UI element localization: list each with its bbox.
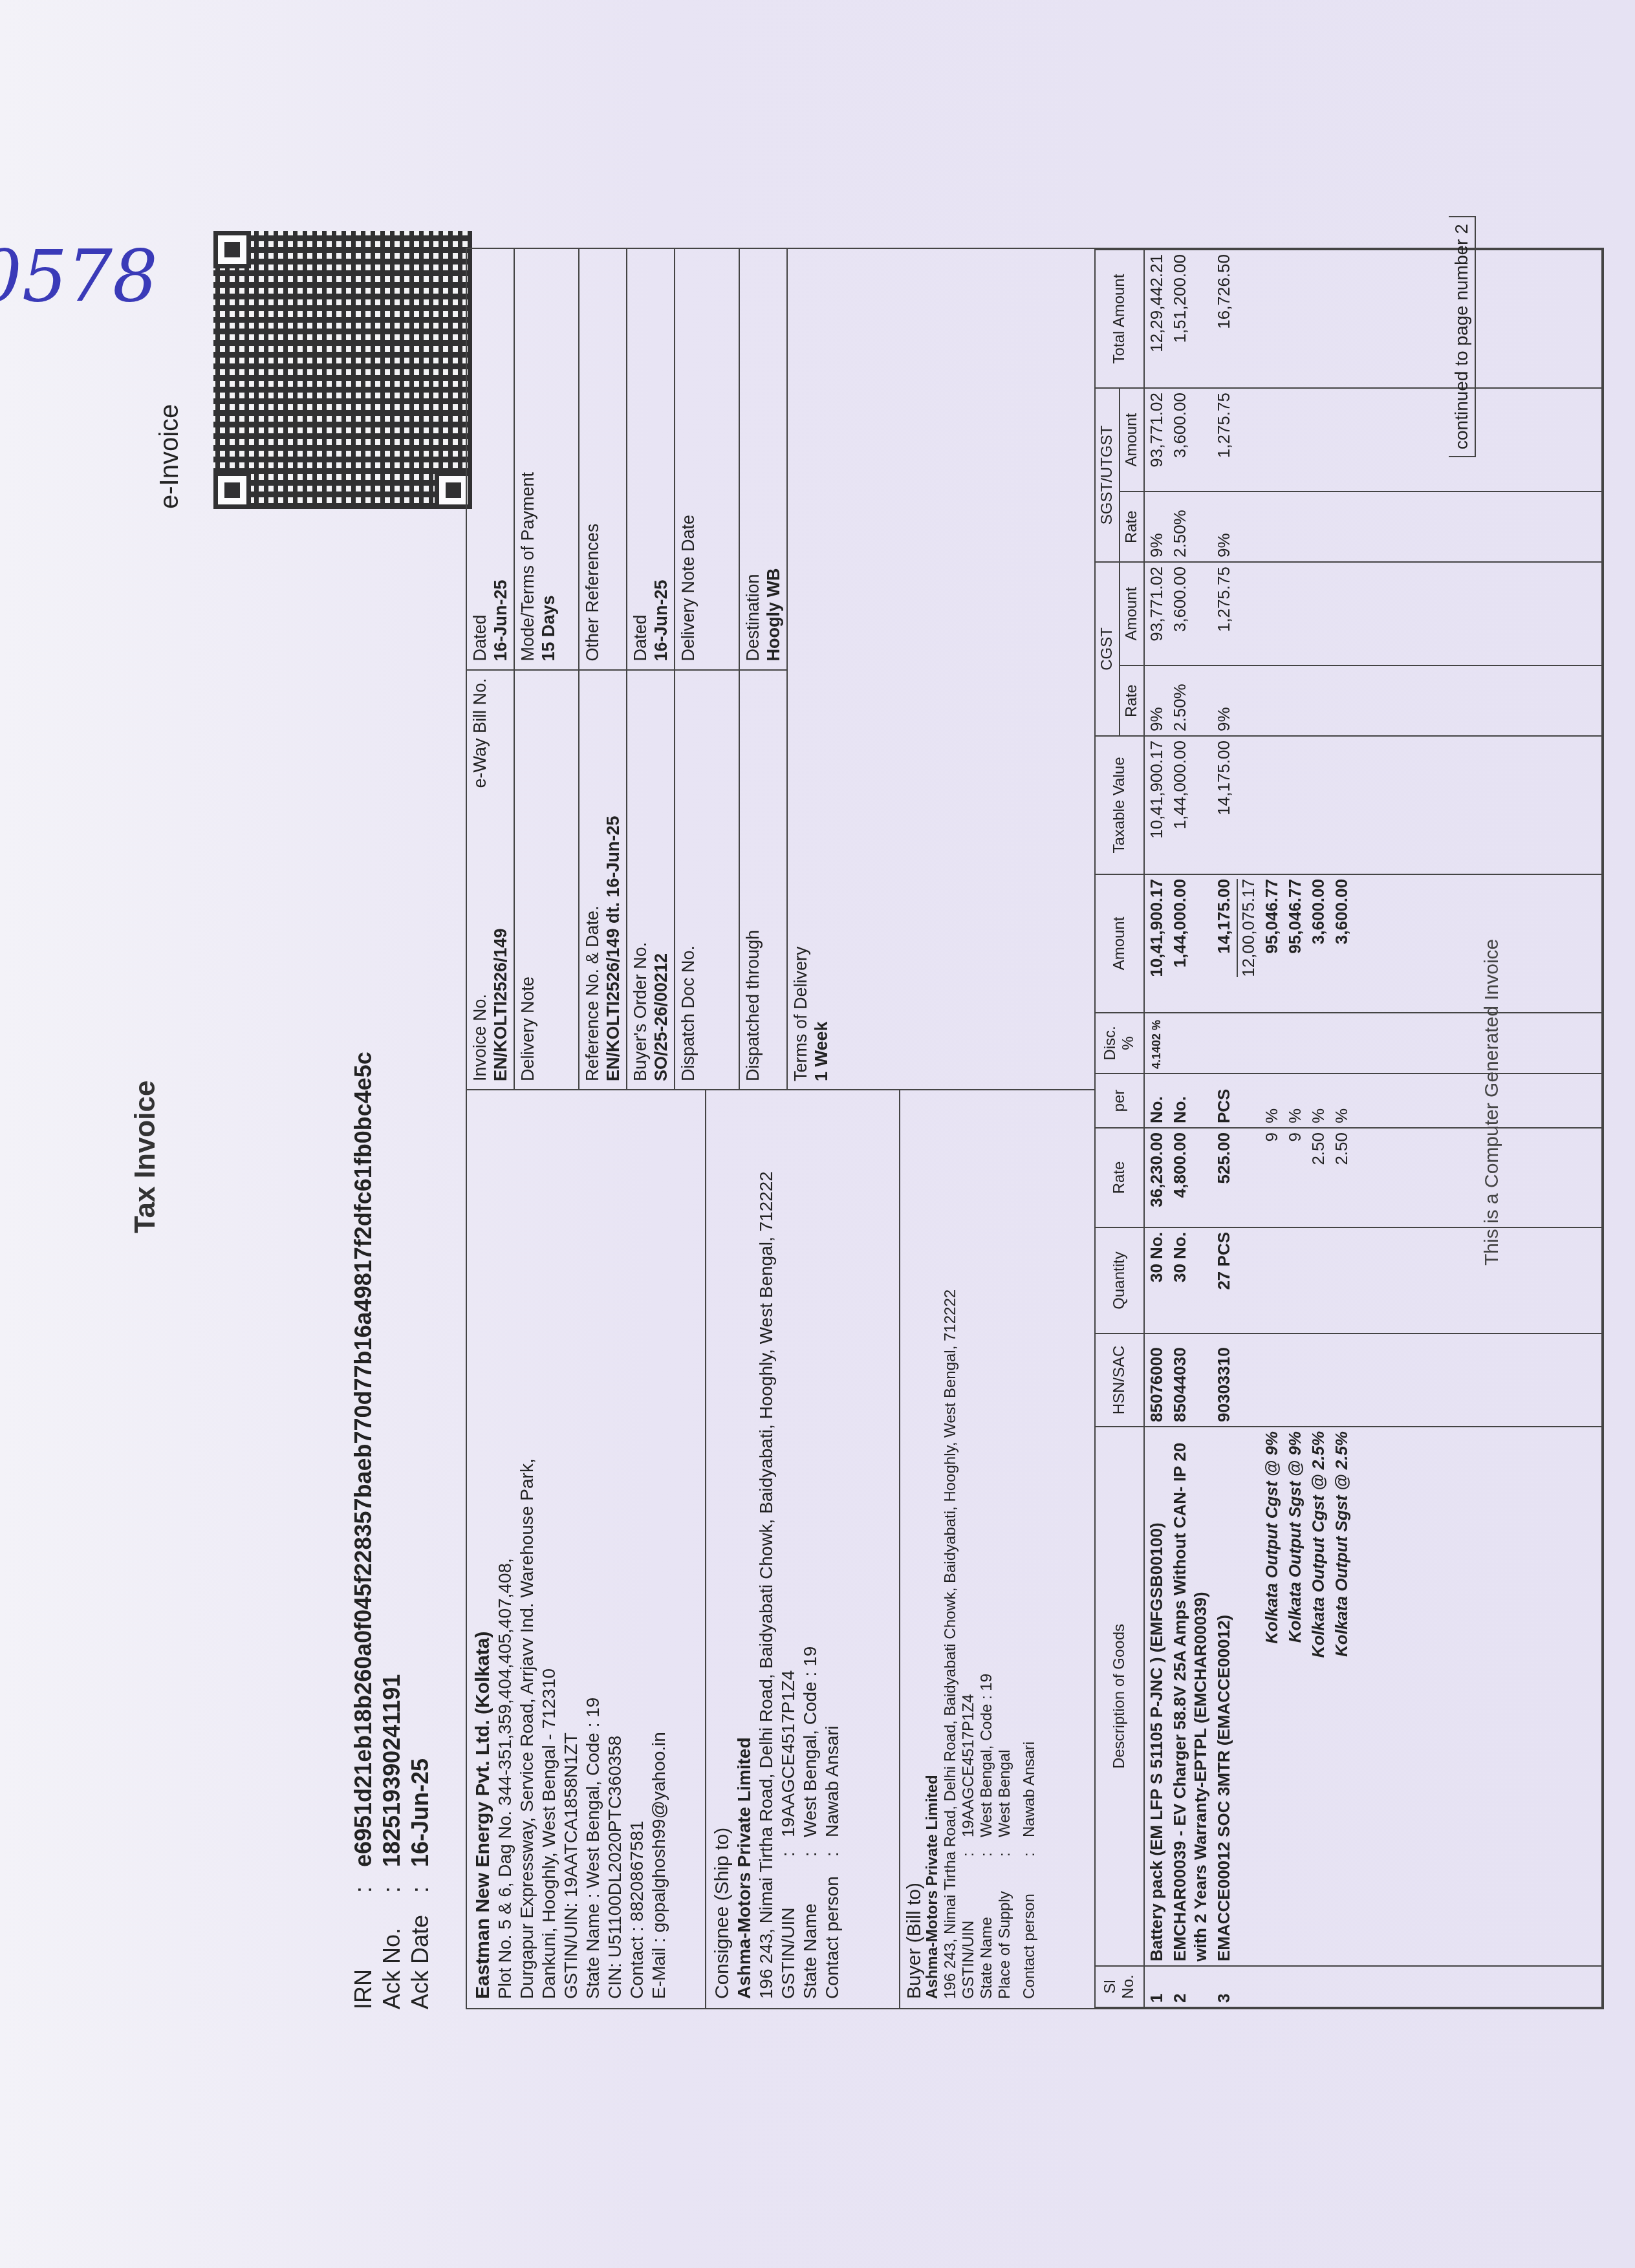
- seller-state: State Name : West Bengal, Code : 19: [582, 1099, 604, 1999]
- destination-value: Hoogly WB: [763, 257, 784, 662]
- ack-date-value: 16-Jun-25: [406, 1758, 435, 1867]
- dispatch-doc-cell: Dispatch Doc No.: [675, 669, 740, 1090]
- invoice-no-value: EN/KOLTI2526/149: [490, 678, 511, 1082]
- tax-line-rate: 2.50: [1306, 1128, 1330, 1227]
- cell-sgst-rate: 9%: [1212, 491, 1235, 562]
- dated-label: Dated: [470, 257, 490, 662]
- cell-hsn: 85044030: [1168, 1334, 1212, 1427]
- consignee-gstin: 19AAGCE4517P1Z4: [777, 1670, 799, 1837]
- cell-sl: 1: [1144, 1966, 1168, 2007]
- consignee-block: Consignee (Ship to) Ashma-Motors Private…: [706, 1090, 900, 2008]
- tax-line-row: Kolkata Output Sgst @ 9%9%95,046.77: [1283, 250, 1306, 2007]
- cell-sgst-rate: 2.50%: [1168, 491, 1212, 562]
- cell-hsn: 90303310: [1212, 1334, 1235, 1427]
- destination-label: Destination: [742, 257, 763, 662]
- tax-line-amount: 95,046.77: [1260, 874, 1283, 1013]
- cell-disc: [1212, 1013, 1235, 1074]
- buyer-contact-label: Contact person: [1021, 1857, 1039, 1999]
- col-quantity: Quantity: [1095, 1227, 1144, 1334]
- col-taxable: Taxable Value: [1095, 736, 1144, 874]
- cell-sl: 3: [1212, 1966, 1235, 2007]
- tax-line-rate: 9: [1283, 1128, 1306, 1227]
- tax-line-label: Kolkata Output Sgst @ 2.5%: [1330, 1427, 1353, 1966]
- terms-delivery-value: 1 Week: [811, 257, 832, 1081]
- cell-cgst-amt: 3,600.00: [1168, 562, 1212, 665]
- buyer-pos-label: Place of Supply: [996, 1857, 1014, 1999]
- payment-terms-value: 15 Days: [538, 257, 559, 662]
- filler-row: [1353, 250, 1602, 2007]
- seller-gstin: GSTIN/UIN: 19AATCA1858N1ZT: [560, 1099, 582, 1999]
- seller-line: Durgapur Expressway, Service Road, Arrja…: [516, 1099, 538, 1999]
- dispatched-through-label: Dispatched through: [742, 678, 763, 1082]
- cell-amount: 14,175.00: [1212, 874, 1235, 1013]
- order-dated-value: 16-Jun-25: [651, 257, 671, 662]
- tax-line-label: Kolkata Output Cgst @ 2.5%: [1306, 1427, 1330, 1966]
- col-description: Description of Goods: [1095, 1427, 1144, 1966]
- cell-desc: EMCHAR00039 - EV Charger 58.8V 25A Amps …: [1168, 1427, 1212, 1966]
- cell-per: PCS: [1212, 1074, 1235, 1128]
- subtotal-value: 12,00,075.17: [1237, 879, 1259, 977]
- seller-cin: CIN: U51100DL2020PTC360358: [604, 1099, 626, 1999]
- cell-disc: 4.1402 %: [1144, 1013, 1168, 1074]
- col-hsn: HSN/SAC: [1095, 1334, 1144, 1427]
- continued-note: continued to page number 2: [1449, 216, 1476, 457]
- col-sl: Sl No.: [1095, 1966, 1144, 2007]
- cell-cgst-amt: 93,771.02: [1144, 562, 1168, 665]
- tax-line-label: Kolkata Output Cgst @ 9%: [1260, 1427, 1283, 1966]
- col-per: per: [1095, 1074, 1144, 1128]
- table-row: 3EMACCE00012 SOC 3MTR (EMACCE00012)90303…: [1212, 250, 1235, 2007]
- consignee-contact-label: Contact person: [821, 1857, 843, 1999]
- col-sgst-amount: Amount: [1120, 388, 1144, 491]
- cell-cgst-rate: 9%: [1144, 665, 1168, 736]
- seller-name: Eastman New Energy Pvt. Ltd. (Kolkata): [472, 1099, 494, 1999]
- consignee-state-label: State Name: [799, 1857, 821, 1999]
- buyers-order-value: SO/25-26/00212: [651, 678, 671, 1082]
- col-sgst: SGST/UTGST: [1095, 388, 1120, 562]
- payment-terms-cell: Mode/Terms of Payment 15 Days: [515, 249, 579, 669]
- buyer-title: Buyer (Bill to): [905, 1099, 924, 1999]
- invoice-no-label: Invoice No.: [470, 994, 490, 1081]
- cell-cgst-rate: 2.50%: [1168, 665, 1212, 736]
- cell-qty: 30 No.: [1144, 1227, 1168, 1334]
- delivery-note-label: Delivery Note: [517, 678, 538, 1082]
- buyer-block: Buyer (Bill to) Ashma-Motors Private Lim…: [900, 1090, 1094, 2008]
- seller-line: Plot No. 5 & 6, Dag No. 344-351,359,404,…: [494, 1099, 516, 1999]
- buyers-order-cell: Buyer's Order No. SO/25-26/00212: [627, 669, 675, 1090]
- seller-block: Eastman New Energy Pvt. Ltd. (Kolkata) P…: [467, 1090, 706, 2008]
- table-row: 1Battery pack (EM LFP S 51105 P-JNC ) (E…: [1144, 250, 1168, 2007]
- col-rate: Rate: [1095, 1128, 1144, 1227]
- tax-line-rate: 2.50: [1330, 1128, 1353, 1227]
- tax-line-unit: %: [1283, 1074, 1306, 1128]
- table-row: 2EMCHAR00039 - EV Charger 58.8V 25A Amps…: [1168, 250, 1212, 2007]
- qr-code-icon: [213, 231, 472, 509]
- cell-amount: 1,44,000.00: [1168, 874, 1212, 1013]
- tax-line-row: Kolkata Output Cgst @ 9%9%95,046.77: [1260, 250, 1283, 2007]
- order-dated-cell: Dated 16-Jun-25: [627, 249, 675, 669]
- cell-hsn: 85076000: [1144, 1334, 1168, 1427]
- cell-desc: EMACCE00012 SOC 3MTR (EMACCE00012): [1212, 1427, 1235, 1966]
- dated-value: 16-Jun-25: [490, 257, 511, 662]
- tax-line-row: Kolkata Output Cgst @ 2.5%2.50%3,600.00: [1306, 250, 1330, 2007]
- buyer-name: Ashma-Motors Private Limited: [924, 1099, 942, 1999]
- consignee-contact: Nawab Ansari: [821, 1725, 843, 1837]
- cell-per: No.: [1168, 1074, 1212, 1128]
- cell-total: 1,51,200.00: [1168, 250, 1212, 388]
- terms-delivery-cell: Terms of Delivery 1 Week: [788, 249, 917, 1089]
- cell-disc: [1168, 1013, 1212, 1074]
- irn-block: IRN:e6951d21eb18b260a0f045f228357baeb770…: [349, 1052, 435, 2009]
- order-dated-label: Dated: [630, 257, 651, 662]
- reference-cell: Reference No. & Date. EN/KOLTI2526/149 d…: [579, 669, 627, 1090]
- buyer-contact: Nawab Ansari: [1021, 1742, 1039, 1837]
- handwritten-mark: 0578: [0, 235, 158, 318]
- buyers-order-label: Buyer's Order No.: [630, 678, 651, 1082]
- eway-bill-label: e-Way Bill No.: [470, 678, 490, 788]
- destination-cell: Destination Hoogly WB: [740, 249, 788, 669]
- col-sgst-rate: Rate: [1120, 491, 1144, 562]
- tax-line-amount: 3,600.00: [1306, 874, 1330, 1013]
- invoice-page: 0578 Tax Invoice e-Invoice IRN:e6951d21e…: [0, 0, 1635, 2268]
- tax-line-label: Kolkata Output Sgst @ 9%: [1283, 1427, 1306, 1966]
- col-cgst-rate: Rate: [1120, 665, 1144, 736]
- terms-delivery-label: Terms of Delivery: [790, 257, 811, 1081]
- tax-line-amount: 3,600.00: [1330, 874, 1353, 1013]
- goods-table: Sl No. Description of Goods HSN/SAC Quan…: [1094, 249, 1603, 2008]
- cell-sgst-amt: 1,275.75: [1212, 388, 1235, 491]
- dispatch-doc-label: Dispatch Doc No.: [678, 678, 698, 1082]
- cell-cgst-rate: 9%: [1212, 665, 1235, 736]
- tax-line-row: Kolkata Output Sgst @ 2.5%2.50%3,600.00: [1330, 250, 1353, 2007]
- delivery-note-date-cell: Delivery Note Date: [675, 249, 740, 669]
- cell-per: No.: [1144, 1074, 1168, 1128]
- e-invoice-label: e-Invoice: [155, 404, 184, 509]
- col-cgst: CGST: [1095, 562, 1120, 736]
- consignee-state: West Bengal, Code : 19: [799, 1647, 821, 1837]
- delivery-note-date-label: Delivery Note Date: [678, 257, 698, 662]
- other-refs-label: Other References: [582, 257, 603, 662]
- cell-total: 12,29,442.21: [1144, 250, 1168, 388]
- cell-sgst-amt: 93,771.02: [1144, 388, 1168, 491]
- footer-note: This is a Computer Generated Invoice: [1481, 939, 1503, 1266]
- reference-value: EN/KOLTI2526/149 dt. 16-Jun-25: [603, 678, 623, 1082]
- invoice-no-cell: Invoice No.e-Way Bill No. EN/KOLTI2526/1…: [467, 669, 515, 1090]
- consignee-name: Ashma-Motors Private Limited: [733, 1099, 755, 1999]
- subtotal-row: 12,00,075.17: [1235, 250, 1260, 2007]
- ack-no-value: 182519390241191: [378, 1674, 406, 1867]
- tax-line-unit: %: [1260, 1074, 1283, 1128]
- cell-amount: 10,41,900.17: [1144, 874, 1168, 1013]
- col-total: Total Amount: [1095, 250, 1144, 388]
- seller-email: E-Mail : gopalghosh99@yahoo.in: [648, 1099, 670, 1999]
- tax-line-amount: 95,046.77: [1283, 874, 1306, 1013]
- irn-label: IRN: [349, 1893, 378, 2009]
- delivery-note-cell: Delivery Note: [515, 669, 579, 1090]
- irn-value: e6951d21eb18b260a0f045f228357baeb770d77b…: [349, 1052, 378, 1867]
- cell-rate: 36,230.00: [1144, 1128, 1168, 1227]
- cell-sl: 2: [1168, 1966, 1212, 2007]
- seller-contact: Contact : 8820867581: [626, 1099, 648, 1999]
- cell-total: 16,726.50: [1212, 250, 1235, 388]
- buyer-gstin-label: GSTIN/UIN: [960, 1857, 978, 1999]
- invoice-table: Eastman New Energy Pvt. Ltd. (Kolkata) P…: [466, 248, 1604, 2009]
- buyer-address: 196 243, Nimai Tirtha Road, Delhi Road, …: [942, 1099, 960, 1999]
- tax-line-unit: %: [1330, 1074, 1353, 1128]
- consignee-gstin-label: GSTIN/UIN: [777, 1857, 799, 1999]
- buyer-gstin: 19AAGCE4517P1Z4: [960, 1694, 978, 1837]
- cell-rate: 4,800.00: [1168, 1128, 1212, 1227]
- other-refs-cell: Other References: [579, 249, 627, 669]
- cell-rate: 525.00: [1212, 1128, 1235, 1227]
- col-disc: Disc. %: [1095, 1013, 1144, 1074]
- buyer-pos: West Bengal: [996, 1749, 1014, 1837]
- cell-desc: Battery pack (EM LFP S 51105 P-JNC ) (EM…: [1144, 1427, 1168, 1966]
- cell-sgst-rate: 9%: [1144, 491, 1168, 562]
- seller-line: Dankuni, Hooghly, West Bengal - 712310: [538, 1099, 560, 1999]
- reference-label: Reference No. & Date.: [582, 678, 603, 1082]
- payment-terms-label: Mode/Terms of Payment: [517, 257, 538, 662]
- cell-taxable: 1,44,000.00: [1168, 736, 1212, 874]
- page-title: Tax Invoice: [129, 1081, 162, 1233]
- buyer-state: West Bengal, Code : 19: [978, 1674, 996, 1837]
- cell-taxable: 10,41,900.17: [1144, 736, 1168, 874]
- col-cgst-amount: Amount: [1120, 562, 1144, 665]
- cell-qty: 27 PCS: [1212, 1227, 1235, 1334]
- dispatched-through-cell: Dispatched through: [740, 669, 788, 1090]
- cell-taxable: 14,175.00: [1212, 736, 1235, 874]
- ack-no-label: Ack No.: [378, 1893, 406, 2009]
- consignee-title: Consignee (Ship to): [711, 1099, 733, 1999]
- tax-line-unit: %: [1306, 1074, 1330, 1128]
- cell-sgst-amt: 3,600.00: [1168, 388, 1212, 491]
- dated-cell: Dated 16-Jun-25: [467, 249, 515, 669]
- consignee-address: 196 243, Nimai Tirtha Road, Delhi Road, …: [755, 1099, 777, 1999]
- tax-line-rate: 9: [1260, 1128, 1283, 1227]
- cell-qty: 30 No.: [1168, 1227, 1212, 1334]
- col-amount: Amount: [1095, 874, 1144, 1013]
- ack-date-label: Ack Date: [406, 1893, 435, 2009]
- cell-cgst-amt: 1,275.75: [1212, 562, 1235, 665]
- buyer-state-label: State Name: [978, 1857, 996, 1999]
